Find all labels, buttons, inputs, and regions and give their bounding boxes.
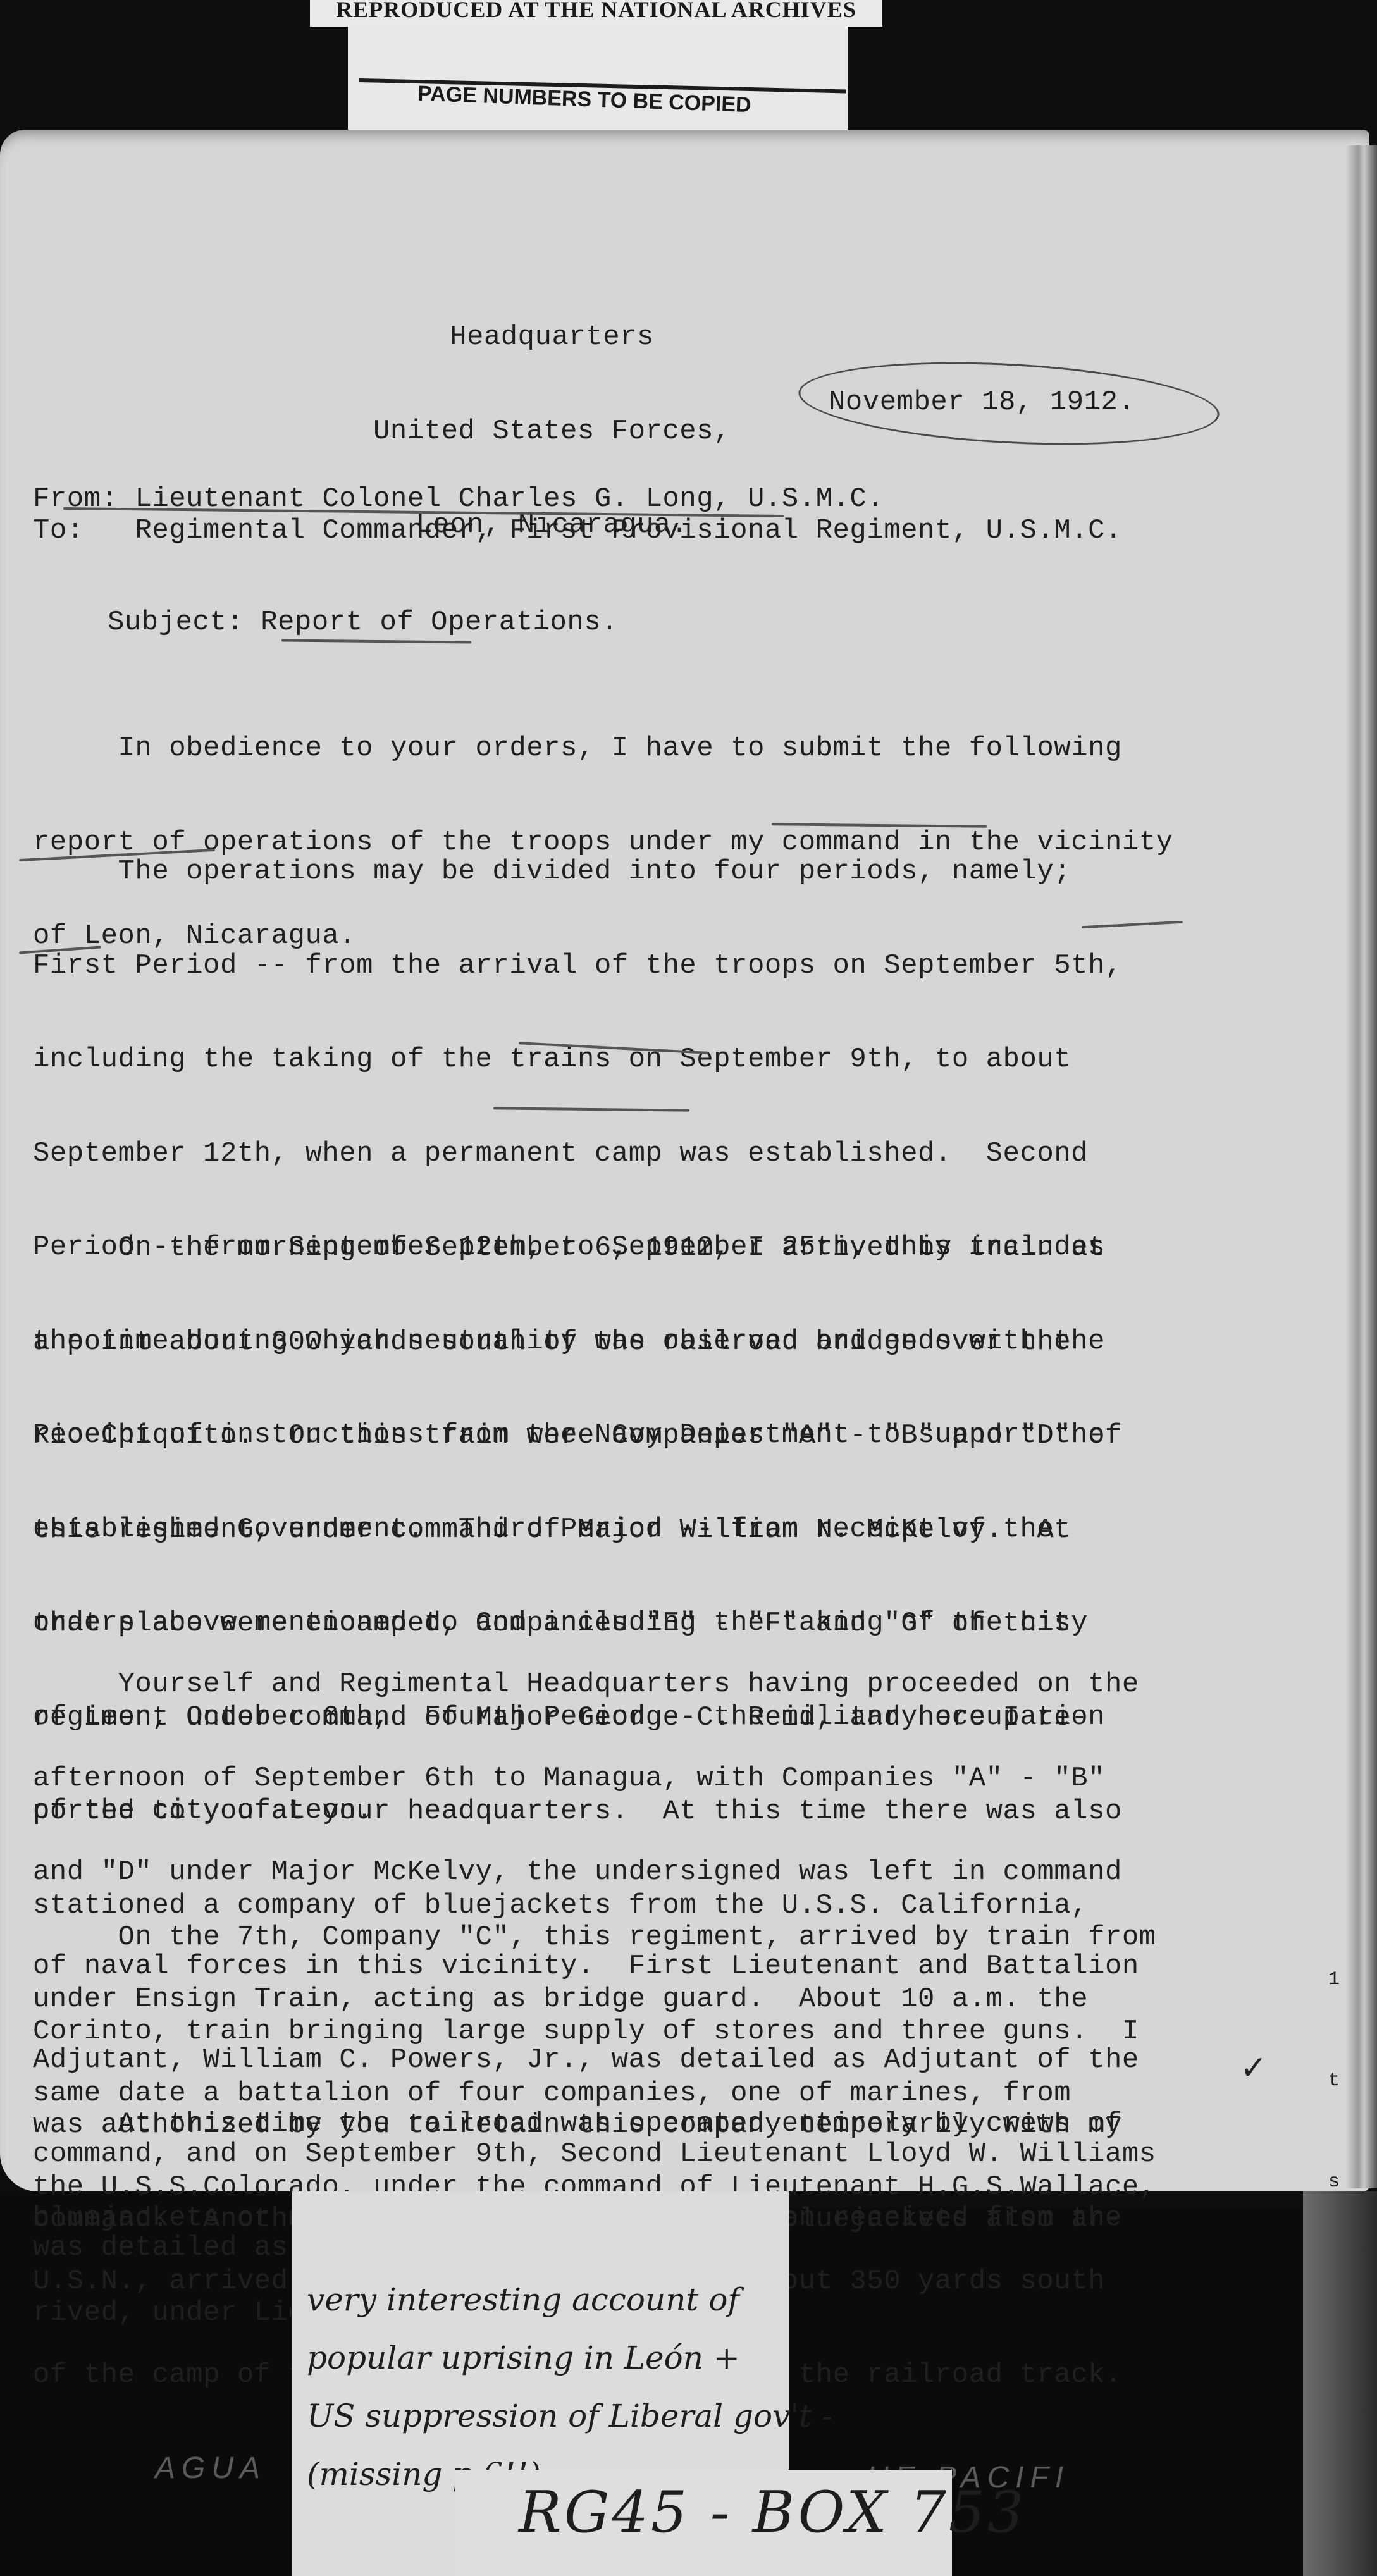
binder-spine [1303,2191,1377,2576]
subject-label: Subject: [108,607,244,638]
letterhead-line-2: United States Forces, [373,416,731,448]
text-line: including the taking of the trains on Se… [33,1044,1122,1076]
text-line: First Period -- from the arrival of the … [33,951,1122,982]
text-line: The operations may be divided into four … [33,856,1122,888]
side-tab-letters: 1 t s [1328,1929,1346,2233]
text-line: September 12th, when a permanent camp wa… [33,1138,1122,1170]
text-line: Corinto, train bringing large supply of … [33,2016,1156,2048]
subject-value: Report of Operations. [261,607,618,638]
to-label: To: [33,515,84,546]
archive-banner: REPRODUCED AT THE NATIONAL ARCHIVES [310,0,882,27]
to-line: To: Regimental Commander, First Provisio… [33,515,1122,547]
text-line: On the morning of September 6, 1912, I a… [33,1233,1156,1264]
map-label-left: AGUA [155,2451,266,2486]
document-date: November 18, 1912. [829,387,1135,419]
text-line: Rio Chiquito. On this train were Compani… [33,1420,1156,1452]
subject-line: Subject: Report of Operations. [108,607,618,639]
text-line: afternoon of September 6th to Managua, w… [33,1763,1156,1795]
text-line: this regiment, under command of Major Wi… [33,1515,1156,1546]
to-value: Regimental Commander, First Provisional … [135,515,1121,546]
box-label: RG45 - BOX 753 [519,2479,1026,2546]
text-line: a point about 300 yards south of the rai… [33,1327,1156,1359]
text-line: At this time the railroad was operated e… [33,2109,1122,2140]
checkmark-icon: ✓ [1240,2049,1268,2087]
letterhead-line-1: Headquarters [373,322,731,354]
text-line: In obedience to your orders, I have to s… [33,733,1173,765]
handwritten-note: very interesting account of popular upri… [307,2271,832,2503]
text-line: Yourself and Regimental Headquarters hav… [33,1669,1156,1701]
text-line: On the 7th, Company "C", this regiment, … [33,1922,1156,1954]
paper-edge [1345,145,1377,2188]
